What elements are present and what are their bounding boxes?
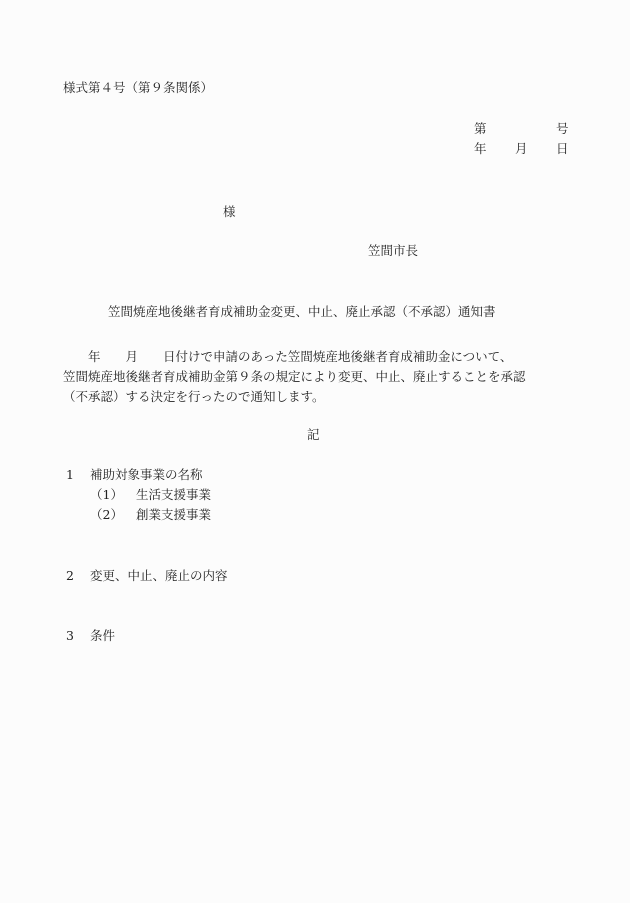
sender-name: 笠間市長 (368, 245, 418, 258)
subitem-number: （1） (90, 489, 123, 502)
body-line: 笠間焼産地後継者育成補助金第９条の規定により変更、中止、廃止することを承認 (63, 367, 526, 387)
date-day: 日 (556, 143, 569, 156)
item-label: 補助対象事業の名称 (90, 469, 203, 482)
number-prefix: 第 (474, 123, 487, 136)
form-number-label: 様式第４号（第９条関係） (63, 82, 213, 95)
subitem-label: 生活支援事業 (136, 489, 211, 502)
addressee-honorific: 様 (223, 206, 236, 219)
body-line: 年 月 日付けで申請のあった笠間焼産地後継者育成補助金について、 (63, 347, 526, 367)
body-line: （不承認）する決定を行ったので通知します。 (63, 387, 526, 407)
ki-heading: 記 (307, 429, 320, 442)
item-label: 変更、中止、廃止の内容 (90, 570, 228, 583)
notice-body: 年 月 日付けで申請のあった笠間焼産地後継者育成補助金について、 笠間焼産地後継… (63, 347, 526, 407)
document-title: 笠間焼産地後継者育成補助金変更、中止、廃止承認（不承認）通知書 (108, 306, 496, 319)
item-number: 2 (66, 570, 74, 583)
number-suffix: 号 (556, 123, 569, 136)
date-year: 年 (474, 143, 487, 156)
subitem-number: （2） (90, 509, 123, 522)
item-number: 3 (66, 630, 74, 643)
item-number: 1 (66, 469, 74, 482)
item-label: 条件 (90, 630, 115, 643)
subitem-label: 創業支援事業 (136, 509, 211, 522)
date-month: 月 (515, 143, 528, 156)
